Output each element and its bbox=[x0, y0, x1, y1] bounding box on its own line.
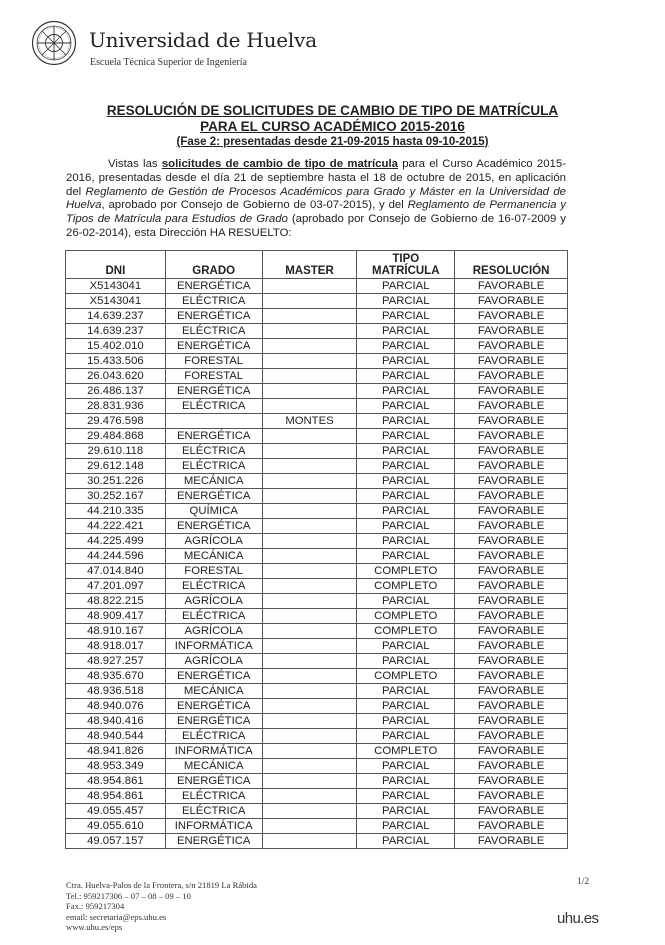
table-row: 14.639.237ENERGÉTICAPARCIALFAVORABLE bbox=[66, 309, 568, 324]
table-row: 15.402.010ENERGÉTICAPARCIALFAVORABLE bbox=[66, 339, 568, 354]
column-header-dni: DNI bbox=[66, 251, 166, 279]
table-row: 30.252.167ENERGÉTICAPARCIALFAVORABLE bbox=[66, 489, 568, 504]
cell-resolucion: FAVORABLE bbox=[455, 654, 568, 669]
cell-master bbox=[262, 609, 357, 624]
cell-resolucion: FAVORABLE bbox=[455, 279, 568, 294]
cell-tipo: COMPLETO bbox=[357, 744, 455, 759]
cell-master bbox=[262, 669, 357, 684]
cell-master bbox=[262, 774, 357, 789]
table-row: 44.210.335QUÍMICAPARCIALFAVORABLE bbox=[66, 504, 568, 519]
column-header-resolucion: RESOLUCIÓN bbox=[455, 251, 568, 279]
cell-master bbox=[262, 444, 357, 459]
cell-grado: ENERGÉTICA bbox=[165, 669, 262, 684]
cell-dni: 30.252.167 bbox=[66, 489, 166, 504]
cell-tipo: PARCIAL bbox=[357, 369, 455, 384]
cell-dni: 14.639.237 bbox=[66, 324, 166, 339]
cell-master bbox=[262, 594, 357, 609]
table-header-row: DNI GRADO MASTER TIPOMATRÍCULA RESOLUCIÓ… bbox=[66, 251, 568, 279]
cell-resolucion: FAVORABLE bbox=[455, 504, 568, 519]
cell-dni: 44.244.596 bbox=[66, 549, 166, 564]
cell-grado: ELÉCTRICA bbox=[165, 294, 262, 309]
cell-dni: 44.225.499 bbox=[66, 534, 166, 549]
cell-grado: ELÉCTRICA bbox=[165, 804, 262, 819]
cell-master bbox=[262, 624, 357, 639]
cell-master bbox=[262, 429, 357, 444]
footer-phone: Tel.: 959217306 – 07 – 08 – 09 – 10 bbox=[66, 891, 257, 902]
university-seal-icon bbox=[31, 20, 77, 66]
cell-grado: MECÁNICA bbox=[165, 549, 262, 564]
cell-tipo: PARCIAL bbox=[357, 804, 455, 819]
cell-tipo: PARCIAL bbox=[357, 489, 455, 504]
cell-master bbox=[262, 549, 357, 564]
table-row: 44.225.499AGRÍCOLAPARCIALFAVORABLE bbox=[66, 534, 568, 549]
cell-master bbox=[262, 834, 357, 849]
page-number: 1/2 bbox=[577, 877, 589, 887]
table-row: X5143041ELÉCTRICAPARCIALFAVORABLE bbox=[66, 294, 568, 309]
cell-dni: X5143041 bbox=[66, 294, 166, 309]
header-text: TIPO bbox=[392, 253, 419, 265]
cell-dni: 48.940.544 bbox=[66, 729, 166, 744]
intro-text: , aprobado por Consejo de Gobierno de 03… bbox=[101, 199, 407, 211]
cell-tipo: PARCIAL bbox=[357, 399, 455, 414]
cell-resolucion: FAVORABLE bbox=[455, 519, 568, 534]
cell-tipo: PARCIAL bbox=[357, 549, 455, 564]
cell-dni: 48.941.826 bbox=[66, 744, 166, 759]
cell-master bbox=[262, 339, 357, 354]
cell-tipo: PARCIAL bbox=[357, 339, 455, 354]
cell-grado: ENERGÉTICA bbox=[165, 489, 262, 504]
cell-tipo: PARCIAL bbox=[357, 384, 455, 399]
cell-resolucion: FAVORABLE bbox=[455, 684, 568, 699]
cell-tipo: PARCIAL bbox=[357, 789, 455, 804]
cell-resolucion: FAVORABLE bbox=[455, 369, 568, 384]
cell-grado: ENERGÉTICA bbox=[165, 429, 262, 444]
cell-tipo: PARCIAL bbox=[357, 459, 455, 474]
cell-master bbox=[262, 294, 357, 309]
cell-dni: 48.954.861 bbox=[66, 774, 166, 789]
cell-master bbox=[262, 504, 357, 519]
cell-grado: ELÉCTRICA bbox=[165, 729, 262, 744]
cell-grado: INFORMÁTICA bbox=[165, 744, 262, 759]
cell-resolucion: FAVORABLE bbox=[455, 744, 568, 759]
table-row: 48.941.826INFORMÁTICACOMPLETOFAVORABLE bbox=[66, 744, 568, 759]
table-row: 15.433.506FORESTALPARCIALFAVORABLE bbox=[66, 354, 568, 369]
table-row: 48.954.861ENERGÉTICAPARCIALFAVORABLE bbox=[66, 774, 568, 789]
cell-master bbox=[262, 489, 357, 504]
cell-resolucion: FAVORABLE bbox=[455, 759, 568, 774]
cell-resolucion: FAVORABLE bbox=[455, 444, 568, 459]
table-row: 48.910.167AGRÍCOLACOMPLETOFAVORABLE bbox=[66, 624, 568, 639]
cell-grado: ENERGÉTICA bbox=[165, 714, 262, 729]
cell-dni: 30.251.226 bbox=[66, 474, 166, 489]
cell-resolucion: FAVORABLE bbox=[455, 339, 568, 354]
cell-tipo: PARCIAL bbox=[357, 714, 455, 729]
cell-dni: 48.940.416 bbox=[66, 714, 166, 729]
cell-dni: 48.940.076 bbox=[66, 699, 166, 714]
cell-grado: MECÁNICA bbox=[165, 759, 262, 774]
cell-resolucion: FAVORABLE bbox=[455, 714, 568, 729]
title-line-1: RESOLUCIÓN DE SOLICITUDES DE CAMBIO DE T… bbox=[0, 103, 665, 119]
cell-grado: INFORMÁTICA bbox=[165, 639, 262, 654]
cell-resolucion: FAVORABLE bbox=[455, 594, 568, 609]
cell-tipo: PARCIAL bbox=[357, 474, 455, 489]
cell-resolucion: FAVORABLE bbox=[455, 819, 568, 834]
cell-dni: 29.610.118 bbox=[66, 444, 166, 459]
cell-master bbox=[262, 759, 357, 774]
uhu-brand-logo: uhu.es bbox=[557, 910, 598, 927]
cell-master bbox=[262, 819, 357, 834]
table-row: 29.484.868ENERGÉTICAPARCIALFAVORABLE bbox=[66, 429, 568, 444]
cell-resolucion: FAVORABLE bbox=[455, 459, 568, 474]
cell-dni: 29.612.148 bbox=[66, 459, 166, 474]
footer-contact: Ctra. Huelva-Palos de la Frontera, s/n 2… bbox=[66, 880, 257, 933]
cell-grado: ELÉCTRICA bbox=[165, 459, 262, 474]
cell-master bbox=[262, 369, 357, 384]
intro-paragraph: Vistas las solicitudes de cambio de tipo… bbox=[66, 158, 566, 241]
cell-tipo: PARCIAL bbox=[357, 294, 455, 309]
cell-master bbox=[262, 639, 357, 654]
cell-grado: QUÍMICA bbox=[165, 504, 262, 519]
footer-website[interactable]: www.uhu.es/eps bbox=[66, 922, 257, 933]
table-row: 48.909.417ELÉCTRICACOMPLETOFAVORABLE bbox=[66, 609, 568, 624]
table-row: 29.612.148ELÉCTRICAPARCIALFAVORABLE bbox=[66, 459, 568, 474]
cell-master bbox=[262, 654, 357, 669]
table-row: 48.940.076ENERGÉTICAPARCIALFAVORABLE bbox=[66, 699, 568, 714]
table-row: 49.057.157ENERGÉTICAPARCIALFAVORABLE bbox=[66, 834, 568, 849]
cell-master bbox=[262, 699, 357, 714]
table-row: 30.251.226MECÁNICAPARCIALFAVORABLE bbox=[66, 474, 568, 489]
cell-resolucion: FAVORABLE bbox=[455, 669, 568, 684]
cell-resolucion: FAVORABLE bbox=[455, 474, 568, 489]
cell-resolucion: FAVORABLE bbox=[455, 564, 568, 579]
cell-tipo: COMPLETO bbox=[357, 609, 455, 624]
cell-resolucion: FAVORABLE bbox=[455, 789, 568, 804]
cell-tipo: PARCIAL bbox=[357, 279, 455, 294]
cell-grado: ELÉCTRICA bbox=[165, 609, 262, 624]
table-row: 49.055.610INFORMÁTICAPARCIALFAVORABLE bbox=[66, 819, 568, 834]
cell-grado: AGRÍCOLA bbox=[165, 654, 262, 669]
cell-dni: 15.402.010 bbox=[66, 339, 166, 354]
cell-grado: AGRÍCOLA bbox=[165, 594, 262, 609]
cell-master bbox=[262, 684, 357, 699]
table-row: 48.940.544ELÉCTRICAPARCIALFAVORABLE bbox=[66, 729, 568, 744]
cell-dni: 49.055.610 bbox=[66, 819, 166, 834]
cell-tipo: PARCIAL bbox=[357, 639, 455, 654]
cell-dni: 48.927.257 bbox=[66, 654, 166, 669]
cell-tipo: PARCIAL bbox=[357, 504, 455, 519]
cell-master bbox=[262, 564, 357, 579]
cell-master bbox=[262, 729, 357, 744]
cell-master bbox=[262, 384, 357, 399]
table-row: 48.940.416ENERGÉTICAPARCIALFAVORABLE bbox=[66, 714, 568, 729]
cell-grado: FORESTAL bbox=[165, 369, 262, 384]
footer-address: Ctra. Huelva-Palos de la Frontera, s/n 2… bbox=[66, 880, 257, 891]
document-title: RESOLUCIÓN DE SOLICITUDES DE CAMBIO DE T… bbox=[0, 103, 665, 149]
cell-resolucion: FAVORABLE bbox=[455, 384, 568, 399]
cell-resolucion: FAVORABLE bbox=[455, 549, 568, 564]
cell-resolucion: FAVORABLE bbox=[455, 834, 568, 849]
table-row: 44.244.596MECÁNICAPARCIALFAVORABLE bbox=[66, 549, 568, 564]
table-row: 48.822.215AGRÍCOLAPARCIALFAVORABLE bbox=[66, 594, 568, 609]
cell-tipo: PARCIAL bbox=[357, 324, 455, 339]
cell-grado: AGRÍCOLA bbox=[165, 534, 262, 549]
cell-dni: 48.954.861 bbox=[66, 789, 166, 804]
cell-resolucion: FAVORABLE bbox=[455, 294, 568, 309]
table-row: X5143041ENERGÉTICAPARCIALFAVORABLE bbox=[66, 279, 568, 294]
cell-tipo: PARCIAL bbox=[357, 534, 455, 549]
cell-grado: ENERGÉTICA bbox=[165, 699, 262, 714]
cell-resolucion: FAVORABLE bbox=[455, 699, 568, 714]
cell-resolucion: FAVORABLE bbox=[455, 309, 568, 324]
cell-resolucion: FAVORABLE bbox=[455, 399, 568, 414]
cell-grado: ELÉCTRICA bbox=[165, 399, 262, 414]
cell-dni: 49.055.457 bbox=[66, 804, 166, 819]
cell-resolucion: FAVORABLE bbox=[455, 639, 568, 654]
table-row: 26.486.137ENERGÉTICAPARCIALFAVORABLE bbox=[66, 384, 568, 399]
table-row: 44.222.421ENERGÉTICAPARCIALFAVORABLE bbox=[66, 519, 568, 534]
cell-tipo: PARCIAL bbox=[357, 834, 455, 849]
cell-grado: INFORMÁTICA bbox=[165, 819, 262, 834]
title-phase: (Fase 2: presentadas desde 21-09-2015 ha… bbox=[0, 135, 665, 149]
cell-tipo: PARCIAL bbox=[357, 429, 455, 444]
cell-dni: X5143041 bbox=[66, 279, 166, 294]
cell-tipo: PARCIAL bbox=[357, 444, 455, 459]
cell-dni: 49.057.157 bbox=[66, 834, 166, 849]
cell-master: MONTES bbox=[262, 414, 357, 429]
cell-grado: ELÉCTRICA bbox=[165, 444, 262, 459]
table-row: 28.831.936ELÉCTRICAPARCIALFAVORABLE bbox=[66, 399, 568, 414]
cell-master bbox=[262, 474, 357, 489]
table-row: 14.639.237ELÉCTRICAPARCIALFAVORABLE bbox=[66, 324, 568, 339]
cell-master bbox=[262, 789, 357, 804]
cell-resolucion: FAVORABLE bbox=[455, 729, 568, 744]
cell-dni: 28.831.936 bbox=[66, 399, 166, 414]
cell-grado: ELÉCTRICA bbox=[165, 324, 262, 339]
footer-email[interactable]: email: secretaria@eps.uhu.es bbox=[66, 912, 257, 923]
cell-dni: 29.484.868 bbox=[66, 429, 166, 444]
cell-dni: 26.486.137 bbox=[66, 384, 166, 399]
table-row: 49.055.457ELÉCTRICAPARCIALFAVORABLE bbox=[66, 804, 568, 819]
cell-tipo: PARCIAL bbox=[357, 684, 455, 699]
table-row: 48.936.518MECÁNICAPARCIALFAVORABLE bbox=[66, 684, 568, 699]
cell-master bbox=[262, 354, 357, 369]
cell-master bbox=[262, 714, 357, 729]
cell-tipo: PARCIAL bbox=[357, 699, 455, 714]
table-row: 47.014.840FORESTALCOMPLETOFAVORABLE bbox=[66, 564, 568, 579]
table-row: 48.954.861ELÉCTRICAPARCIALFAVORABLE bbox=[66, 789, 568, 804]
cell-tipo: COMPLETO bbox=[357, 579, 455, 594]
cell-master bbox=[262, 804, 357, 819]
column-header-tipo-matricula: TIPOMATRÍCULA bbox=[357, 251, 455, 279]
cell-resolucion: FAVORABLE bbox=[455, 354, 568, 369]
intro-text: Vistas las bbox=[108, 158, 162, 170]
cell-grado: ENERGÉTICA bbox=[165, 309, 262, 324]
cell-dni: 15.433.506 bbox=[66, 354, 166, 369]
cell-tipo: PARCIAL bbox=[357, 594, 455, 609]
cell-dni: 44.210.335 bbox=[66, 504, 166, 519]
cell-tipo: COMPLETO bbox=[357, 669, 455, 684]
cell-dni: 48.909.417 bbox=[66, 609, 166, 624]
cell-dni: 48.918.017 bbox=[66, 639, 166, 654]
school-name: Escuela Técnica Superior de Ingeniería bbox=[90, 57, 247, 68]
cell-master bbox=[262, 279, 357, 294]
resolution-table: DNI GRADO MASTER TIPOMATRÍCULA RESOLUCIÓ… bbox=[65, 250, 568, 849]
table-row: 29.610.118ELÉCTRICAPARCIALFAVORABLE bbox=[66, 444, 568, 459]
column-header-master: MASTER bbox=[262, 251, 357, 279]
cell-grado bbox=[165, 414, 262, 429]
cell-dni: 48.953.349 bbox=[66, 759, 166, 774]
university-name: Universidad de Huelva bbox=[89, 28, 317, 52]
cell-tipo: PARCIAL bbox=[357, 759, 455, 774]
cell-tipo: PARCIAL bbox=[357, 729, 455, 744]
cell-master bbox=[262, 309, 357, 324]
cell-resolucion: FAVORABLE bbox=[455, 804, 568, 819]
footer-fax: Fax.: 959217304 bbox=[66, 901, 257, 912]
cell-tipo: PARCIAL bbox=[357, 654, 455, 669]
table-body: X5143041ENERGÉTICAPARCIALFAVORABLEX51430… bbox=[66, 279, 568, 849]
cell-resolucion: FAVORABLE bbox=[455, 429, 568, 444]
cell-dni: 47.201.097 bbox=[66, 579, 166, 594]
cell-resolucion: FAVORABLE bbox=[455, 624, 568, 639]
cell-dni: 48.910.167 bbox=[66, 624, 166, 639]
cell-dni: 48.935.670 bbox=[66, 669, 166, 684]
cell-resolucion: FAVORABLE bbox=[455, 489, 568, 504]
cell-master bbox=[262, 459, 357, 474]
cell-tipo: PARCIAL bbox=[357, 309, 455, 324]
cell-dni: 48.822.215 bbox=[66, 594, 166, 609]
cell-grado: ENERGÉTICA bbox=[165, 834, 262, 849]
cell-resolucion: FAVORABLE bbox=[455, 579, 568, 594]
cell-dni: 29.476.598 bbox=[66, 414, 166, 429]
cell-grado: ENERGÉTICA bbox=[165, 774, 262, 789]
cell-grado: ENERGÉTICA bbox=[165, 519, 262, 534]
cell-master bbox=[262, 534, 357, 549]
cell-resolucion: FAVORABLE bbox=[455, 774, 568, 789]
cell-grado: MECÁNICA bbox=[165, 474, 262, 489]
cell-grado: FORESTAL bbox=[165, 354, 262, 369]
table-row: 47.201.097ELÉCTRICACOMPLETOFAVORABLE bbox=[66, 579, 568, 594]
table-row: 26.043.620FORESTALPARCIALFAVORABLE bbox=[66, 369, 568, 384]
title-line-2: PARA EL CURSO ACADÉMICO 2015-2016 bbox=[0, 119, 665, 135]
cell-master bbox=[262, 579, 357, 594]
cell-resolucion: FAVORABLE bbox=[455, 324, 568, 339]
cell-grado: ELÉCTRICA bbox=[165, 789, 262, 804]
cell-master bbox=[262, 519, 357, 534]
cell-grado: ENERGÉTICA bbox=[165, 339, 262, 354]
cell-dni: 47.014.840 bbox=[66, 564, 166, 579]
table-row: 48.953.349MECÁNICAPARCIALFAVORABLE bbox=[66, 759, 568, 774]
cell-dni: 26.043.620 bbox=[66, 369, 166, 384]
cell-resolucion: FAVORABLE bbox=[455, 534, 568, 549]
intro-emphasis: solicitudes de cambio de tipo de matrícu… bbox=[162, 158, 398, 170]
header-text: MATRÍCULA bbox=[372, 265, 440, 277]
document-page: Universidad de Huelva Escuela Técnica Su… bbox=[0, 0, 665, 945]
column-header-grado: GRADO bbox=[165, 251, 262, 279]
cell-tipo: PARCIAL bbox=[357, 819, 455, 834]
cell-dni: 14.639.237 bbox=[66, 309, 166, 324]
table-row: 48.935.670ENERGÉTICACOMPLETOFAVORABLE bbox=[66, 669, 568, 684]
cell-grado: MECÁNICA bbox=[165, 684, 262, 699]
cell-grado: ENERGÉTICA bbox=[165, 384, 262, 399]
cell-tipo: PARCIAL bbox=[357, 519, 455, 534]
cell-grado: ENERGÉTICA bbox=[165, 279, 262, 294]
cell-master bbox=[262, 744, 357, 759]
cell-master bbox=[262, 399, 357, 414]
table-row: 48.918.017INFORMÁTICAPARCIALFAVORABLE bbox=[66, 639, 568, 654]
cell-master bbox=[262, 324, 357, 339]
cell-grado: FORESTAL bbox=[165, 564, 262, 579]
cell-tipo: PARCIAL bbox=[357, 774, 455, 789]
cell-dni: 44.222.421 bbox=[66, 519, 166, 534]
cell-grado: ELÉCTRICA bbox=[165, 579, 262, 594]
table-row: 48.927.257AGRÍCOLAPARCIALFAVORABLE bbox=[66, 654, 568, 669]
table-row: 29.476.598MONTESPARCIALFAVORABLE bbox=[66, 414, 568, 429]
cell-tipo: COMPLETO bbox=[357, 564, 455, 579]
cell-resolucion: FAVORABLE bbox=[455, 609, 568, 624]
cell-tipo: COMPLETO bbox=[357, 624, 455, 639]
cell-tipo: PARCIAL bbox=[357, 414, 455, 429]
cell-resolucion: FAVORABLE bbox=[455, 414, 568, 429]
cell-grado: AGRÍCOLA bbox=[165, 624, 262, 639]
cell-dni: 48.936.518 bbox=[66, 684, 166, 699]
cell-tipo: PARCIAL bbox=[357, 354, 455, 369]
